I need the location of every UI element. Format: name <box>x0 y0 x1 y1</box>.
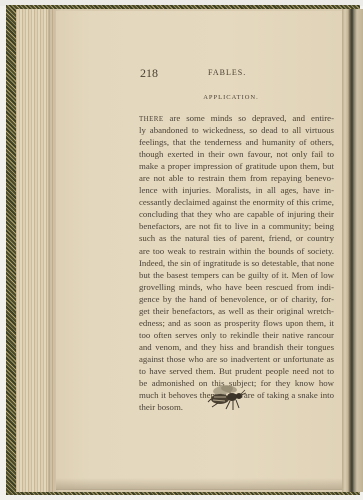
line-text: concluding that they who are capable of … <box>139 209 334 219</box>
text-line: benefactors, are not fit to live in a co… <box>139 220 334 232</box>
text-line: THERE are some minds so depraved, and en… <box>139 112 334 124</box>
text-line: lence with injuries. Moralists, in all a… <box>139 184 334 196</box>
text-line: edness; and as soon as prosperity flows … <box>139 317 334 329</box>
text-line: feelings, that the tenderness and humani… <box>139 136 334 148</box>
body-text: THERE are some minds so depraved, and en… <box>139 112 334 413</box>
line-text: make a proper impression of gratitude up… <box>139 161 334 171</box>
text-line: get their benefactors, as well as their … <box>139 305 334 317</box>
line-text: Indeed, the sin of ingratitude is so det… <box>139 258 334 268</box>
line-text: against those who are so inadvertent or … <box>139 354 334 364</box>
line-text: gence by the hand of benevolence, or of … <box>139 294 334 304</box>
line-text: lence with injuries. Moralists, in all a… <box>139 185 334 195</box>
text-line: such as the natural ties of parent, frie… <box>139 232 334 244</box>
line-text: get their benefactors, as well as their … <box>139 306 334 316</box>
line-text: cessantly declaimed against the enormity… <box>139 197 334 207</box>
text-line: make a proper impression of gratitude up… <box>139 160 334 172</box>
line-text: benefactors, are not fit to live in a co… <box>139 221 334 231</box>
drop-word: THERE <box>139 115 164 123</box>
text-line: gence by the hand of benevolence, or of … <box>139 293 334 305</box>
text-line: ly abandoned to wickedness, so dead to a… <box>139 124 334 136</box>
line-text: edness; and as soon as prosperity flows … <box>139 318 334 328</box>
book-gutter <box>342 9 363 492</box>
line-text: ly abandoned to wickedness, so dead to a… <box>139 125 334 135</box>
text-line: too often serves only to rekindle their … <box>139 329 334 341</box>
text-line: are not able to restrain them from repay… <box>139 172 334 184</box>
section-heading: APPLICATION. <box>140 94 322 101</box>
line-text: to have served them. But prudent people … <box>139 366 334 376</box>
line-text: and venom, and they hiss and brandish th… <box>139 342 334 352</box>
page-bottom-shadow <box>56 478 342 490</box>
line-text: are too weak to restrain within the boun… <box>139 246 334 256</box>
page-number: 218 <box>140 66 158 81</box>
text-line: though exerted in their own favour, not … <box>139 148 334 160</box>
line-text: though exerted in their own favour, not … <box>139 149 334 159</box>
bee-icon <box>206 381 248 413</box>
line-text: feelings, that the tenderness and humani… <box>139 137 334 147</box>
line-text: are some minds so depraved, and entire- <box>164 113 334 123</box>
text-line: are too weak to restrain within the boun… <box>139 245 334 257</box>
running-head: 218 FABLES. <box>140 66 340 80</box>
text-line: to have served them. But prudent people … <box>139 365 334 377</box>
line-text: too often serves only to rekindle their … <box>139 330 334 340</box>
text-line: grovelling minds, who have been rescued … <box>139 281 334 293</box>
text-line: but the basest tempers can be guilty of … <box>139 269 334 281</box>
running-title: FABLES. <box>208 68 246 77</box>
text-line: cessantly declaimed against the enormity… <box>139 196 334 208</box>
text-line: concluding that they who are capable of … <box>139 208 334 220</box>
line-text: grovelling minds, who have been rescued … <box>139 282 334 292</box>
line-text: their bosom. <box>139 402 183 412</box>
text-line: against those who are so inadvertent or … <box>139 353 334 365</box>
line-text: such as the natural ties of parent, frie… <box>139 233 334 243</box>
text-line: and venom, and they hiss and brandish th… <box>139 341 334 353</box>
text-line: Indeed, the sin of ingratitude is so det… <box>139 257 334 269</box>
line-text: are not able to restrain them from repay… <box>139 173 334 183</box>
line-text: but the basest tempers can be guilty of … <box>139 270 334 280</box>
